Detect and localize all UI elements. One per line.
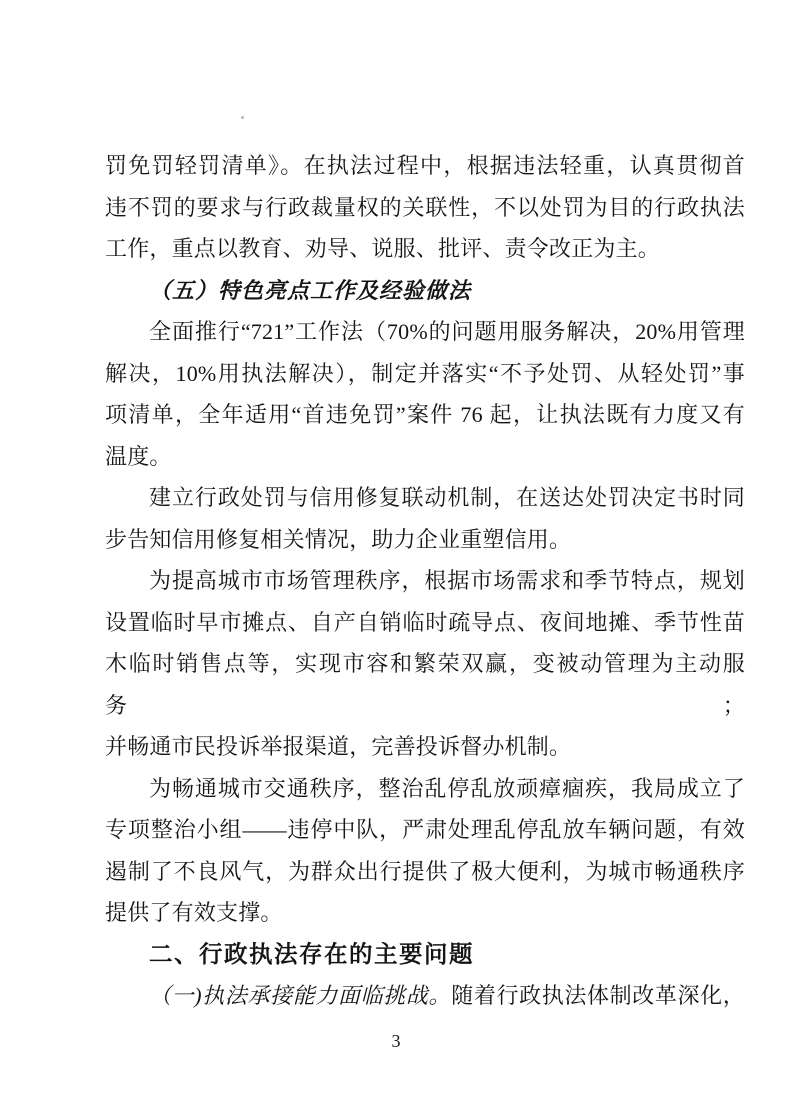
heading-section-2: 二、行政执法存在的主要问题 <box>105 934 745 976</box>
body-line: 温度。 <box>105 436 745 478</box>
document-page: 罚免罚轻罚清单》。在执法过程中，根据违法轻重，认真贯彻首 违不罚的要求与行政裁量… <box>0 0 792 1116</box>
body-line: 设置临时早市摊点、自产自销临时疏导点、夜间地摊、季节性苗 <box>105 602 745 644</box>
body-line: 为提高城市市场管理秩序，根据市场需求和季节特点，规划 <box>105 560 745 602</box>
body-line: 专项整治小组——违停中队，严肃处理乱停乱放车辆问题，有效 <box>105 809 745 851</box>
emphasized-clause: （一)执法承接能力面临挑战。 <box>149 983 451 1008</box>
scan-speck <box>241 116 244 119</box>
page-number: 3 <box>0 1031 792 1052</box>
document-text-block: 罚免罚轻罚清单》。在执法过程中，根据违法轻重，认真贯彻首 违不罚的要求与行政裁量… <box>105 145 745 1017</box>
body-line: 违不罚的要求与行政裁量权的关联性，不以处罚为目的行政执法 <box>105 187 745 229</box>
body-line: 项清单，全年适用“首违免罚”案件 76 起，让执法既有力度又有 <box>105 394 745 436</box>
body-line: 全面推行“721”工作法（70%的问题用服务解决，20%用管理 <box>105 311 745 353</box>
body-line: 提供了有效支撑。 <box>105 892 745 934</box>
body-line: 并畅通市民投诉举报渠道，完善投诉督办机制。 <box>105 726 745 768</box>
body-line: 遏制了不良风气，为群众出行提供了极大便利，为城市畅通秩序 <box>105 851 745 893</box>
body-line: 步告知信用修复相关情况，助力企业重塑信用。 <box>105 519 745 561</box>
body-line: 为畅通城市交通秩序，整治乱停乱放顽瘴痼疾，我局成立了 <box>105 768 745 810</box>
body-line-continuation: 随着行政执法体制改革深化， <box>451 983 745 1008</box>
body-line: 工作，重点以教育、劝导、说服、批评、责令改正为主。 <box>105 228 745 270</box>
body-line: 解决，10%用执法解决），制定并落实“不予处罚、从轻处罚”事 <box>105 353 745 395</box>
body-line: 建立行政处罚与信用修复联动机制，在送达处罚决定书时同 <box>105 477 745 519</box>
body-line: 罚免罚轻罚清单》。在执法过程中，根据违法轻重，认真贯彻首 <box>105 145 745 187</box>
body-line: 木临时销售点等，实现市容和繁荣双赢，变被动管理为主动服务； <box>105 643 745 726</box>
body-line: （一)执法承接能力面临挑战。随着行政执法体制改革深化， <box>105 975 745 1017</box>
heading-section-5: （五）特色亮点工作及经验做法 <box>105 270 745 312</box>
